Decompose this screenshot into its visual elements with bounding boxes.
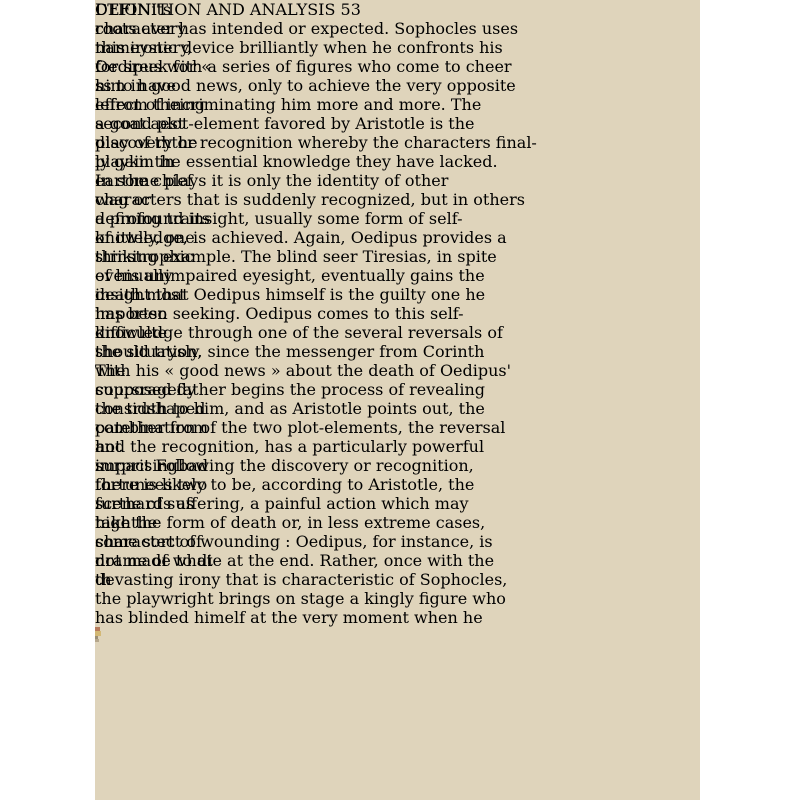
left-page-text-fragment: from the [110,95,180,114]
left-page-text-fragment: ot surprising [95,437,178,475]
photo-background: CTIONits roots avery nameystery, for sre… [0,0,800,800]
left-page-edge: CTIONits roots avery nameystery, for sre… [95,0,213,800]
page-number: 53 [341,0,361,19]
left-page-text-fragment: CTION [95,0,151,19]
book-photo: CTIONits roots avery nameystery, for sre… [95,0,700,800]
